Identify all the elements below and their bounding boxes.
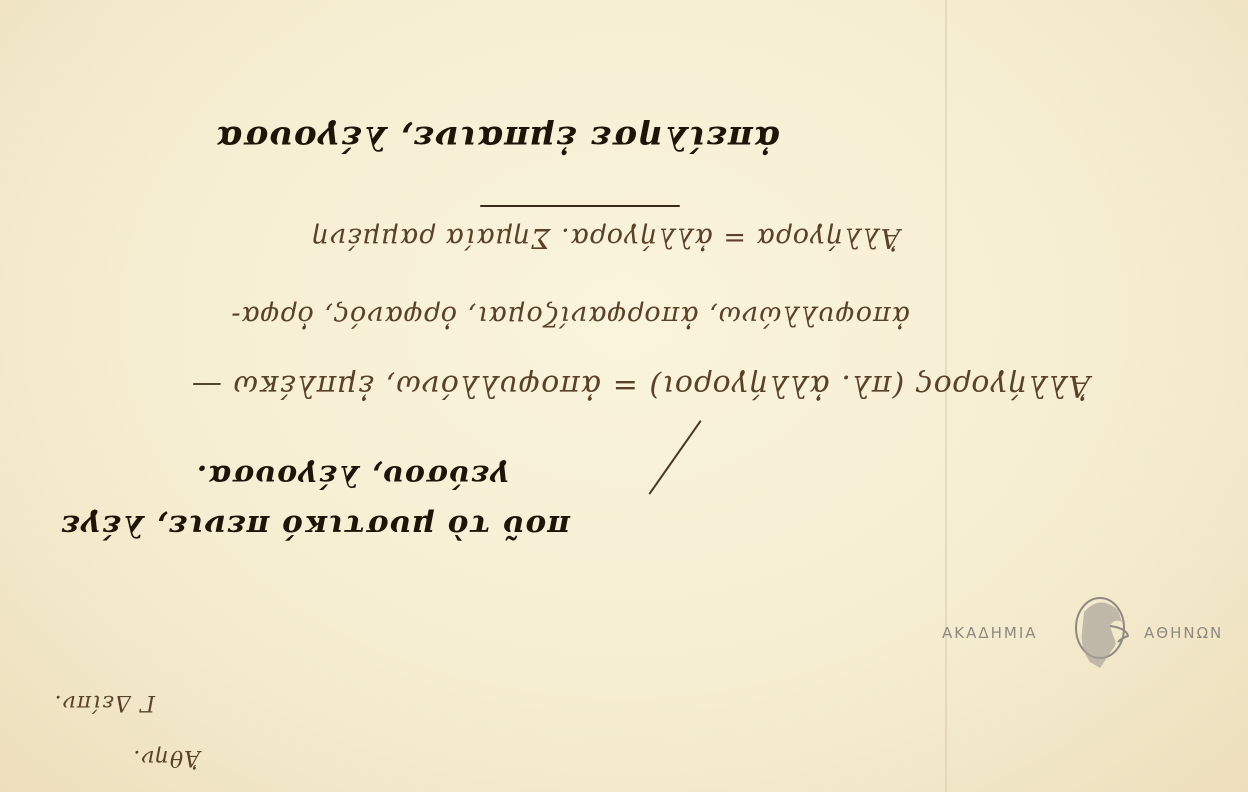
handwritten-line-4: Ἀλλήγορος (πλ. ἀλλήγοροι) = ἀποφυλλόνω, … <box>30 368 1090 403</box>
signature-line-1: Ἀθην. <box>110 745 200 770</box>
handwritten-line-5: γεύσου, λέγουσα. <box>150 458 510 493</box>
document-page: ἀπείλησε ἐμπαινε, λέγουσα Ἀλλήγορα = ἀλλ… <box>0 0 1248 792</box>
watermark-right-text: ΑΘΗΝΩΝ <box>1144 624 1223 642</box>
watermark-left-text: ΑΚΑΔΗΜΙΑ <box>942 624 1038 642</box>
handwritten-line-3: ἀποφυλλώνω, ἀπορφανίζομαι, ὀρφανός, ὁρφα… <box>150 300 910 331</box>
signature-line-2: Γ Δείπν. <box>45 690 155 715</box>
athena-head-emblem-icon <box>1070 592 1132 670</box>
underline-rule <box>480 205 680 207</box>
handwritten-line-6: ποῦ τὸ μυστικό πενιε, λέγε <box>140 508 570 544</box>
handwritten-line-1: ἀπείλησε ἐμπαινε, λέγουσα <box>330 118 780 158</box>
handwritten-line-2: Ἀλλήγορα = ἀλλήγορα. Σημαία ραμμένη <box>160 222 900 253</box>
pen-stroke <box>648 420 701 495</box>
